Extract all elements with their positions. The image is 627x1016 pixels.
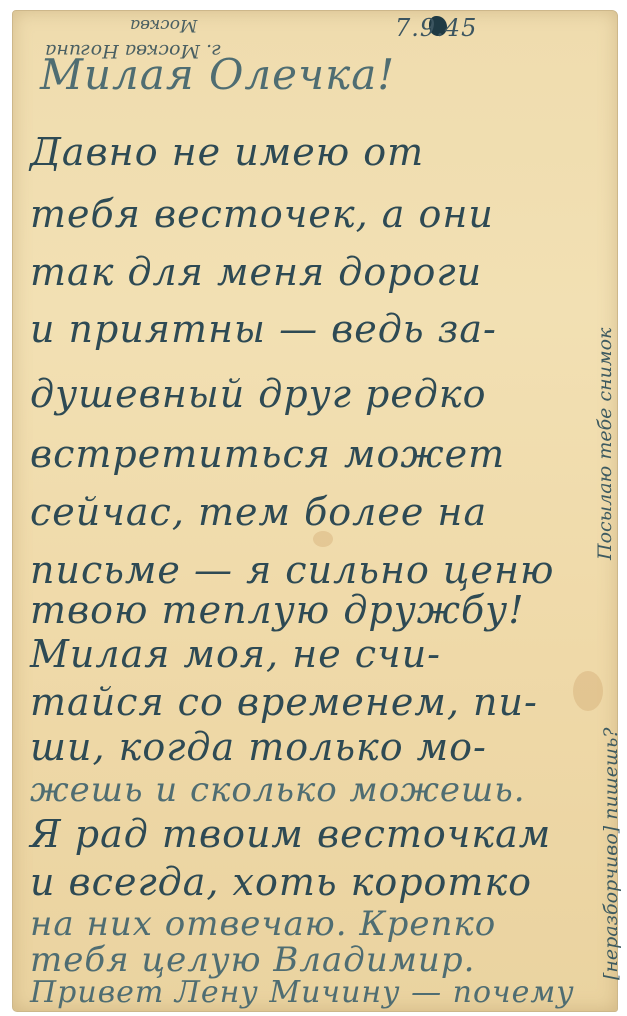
body-line: тайся со временем, пи- xyxy=(30,680,538,724)
margin-note-upper: Посылаю тебе снимок xyxy=(594,328,616,560)
body-line: сейчас, тем более на xyxy=(30,490,487,534)
body-line: Привет Лену Мичину — почему xyxy=(30,975,575,1010)
body-line: Милая моя, не счи- xyxy=(30,632,441,676)
margin-note-lower: [неразборчиво] пишешь? xyxy=(600,728,622,980)
body-line: встретиться может xyxy=(30,432,505,476)
body-line: душевный друг редко xyxy=(30,372,486,416)
body-line: тебя целую Владимир. xyxy=(30,940,475,980)
body-line: так для меня дороги xyxy=(30,250,482,294)
greeting: Милая Олечка! xyxy=(40,50,395,99)
upside-down-address-line-1: Москва xyxy=(130,15,197,35)
body-line: ши, когда только мо- xyxy=(30,725,487,769)
body-line: на них отвечаю. Крепко xyxy=(30,904,496,944)
body-line: твою теплую дружбу! xyxy=(30,588,524,632)
body-line: и приятны — ведь за- xyxy=(30,307,497,351)
body-line: письме — я сильно ценю xyxy=(30,548,554,592)
letter-date: 7.9.45 xyxy=(395,14,477,42)
stain xyxy=(573,671,603,711)
body-line: и всегда, хоть коротко xyxy=(30,860,532,904)
body-line: жешь и сколько можешь. xyxy=(30,770,526,810)
body-line: тебя весточек, а они xyxy=(30,192,494,236)
body-line: Я рад твоим весточкам xyxy=(30,812,551,856)
body-line: Давно не имею от xyxy=(30,130,424,174)
